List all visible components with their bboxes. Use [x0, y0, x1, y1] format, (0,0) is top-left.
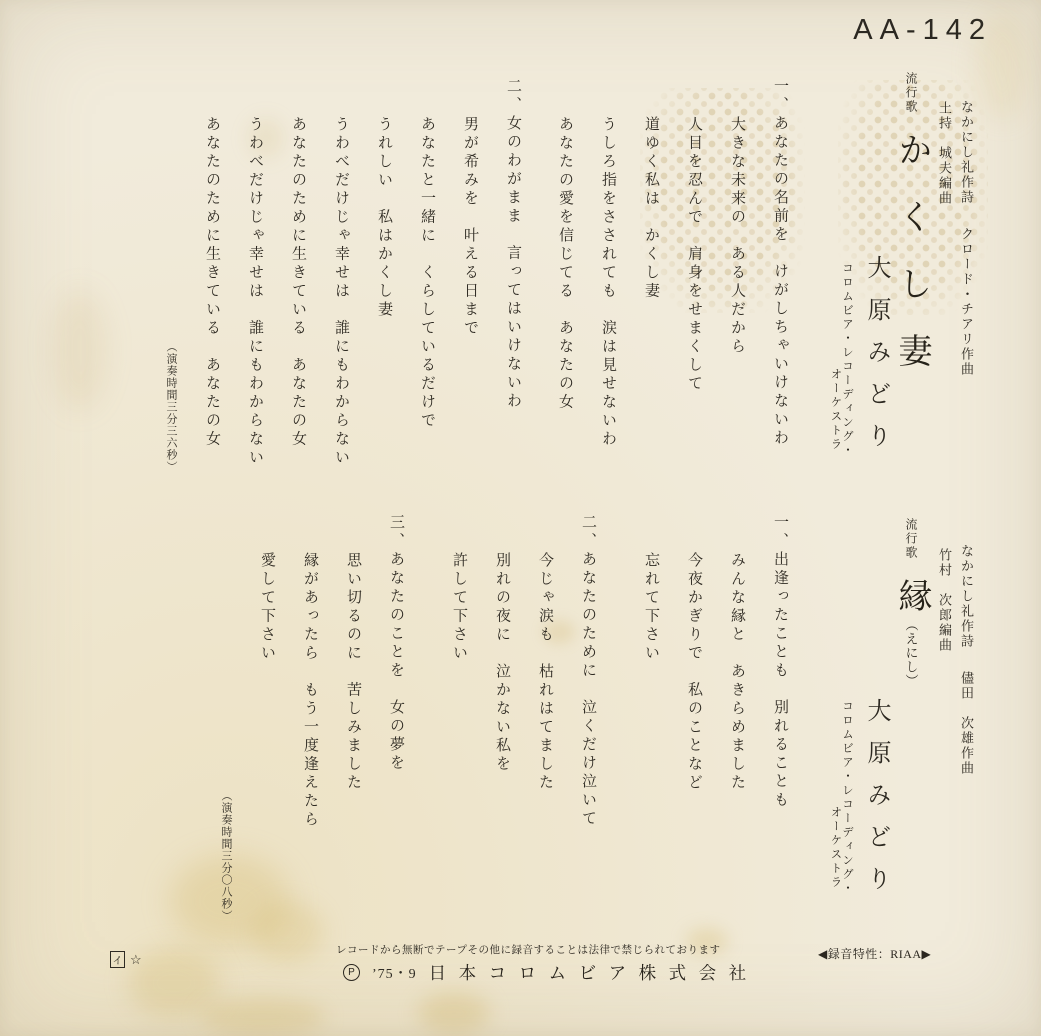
- recording-spec: ◀録音特性：RIAA▶: [818, 945, 931, 962]
- copyright-warning: レコードから無断でテープその他に録音することは法律で禁じられております: [336, 942, 720, 957]
- lyricist-credit: なかにし礼作詩: [960, 544, 973, 649]
- paper-stain: [418, 992, 490, 1034]
- arranger-credit: 土持 城夫編曲: [938, 72, 951, 504]
- matrix-letter-box: イ: [110, 951, 125, 968]
- lyrics-column: うれしい 私はかくし妻: [376, 78, 391, 504]
- duration-note: （演奏時間三分三六秒）: [165, 78, 176, 504]
- paper-stain: [200, 998, 325, 1036]
- orchestra-credit-line-1: コロムビア・レコーディング・: [841, 262, 853, 504]
- matrix-mark: イ ☆: [110, 951, 142, 968]
- paper-stain: [52, 290, 107, 410]
- lyrics-column: 人目を忍んで 肩身をせまくして: [686, 78, 701, 504]
- genre-label: 流行歌: [905, 72, 917, 114]
- lyrics-column: 大きな未来の ある人だから: [729, 78, 744, 504]
- lyrics-column: 二、女のわがまま 言ってはいけないわ: [505, 78, 520, 504]
- genre-label: 流行歌: [905, 518, 917, 560]
- lyricist-credit: なかにし礼作詩: [960, 100, 973, 205]
- lyrics-column: 道ゆく私は かくし妻: [643, 78, 658, 504]
- lyrics-column: 一、出逢ったことも 別れることも: [772, 514, 787, 938]
- lyrics-column: うわべだけじゃ幸せは 誰にもわからない: [333, 78, 348, 504]
- song-section-enishi: なかにし礼作詩 儘田 次雄作曲 竹村 次郎編曲 流行歌 縁 （えにし） 大原みど…: [192, 508, 973, 938]
- publisher-line: P ’75・9 日本コロムビア株式会社: [343, 960, 759, 985]
- lyrics-column: うしろ指をさされても 涙は見せないわ: [600, 78, 615, 504]
- orchestra-credit: コロムビア・レコーディング・ オーケストラ: [829, 72, 852, 504]
- lyrics-column: 今じゃ涙も 枯れはてました: [537, 514, 552, 938]
- star-mark: ☆: [130, 952, 142, 968]
- lyrics-column: あなたのために生きている あなたの女: [290, 78, 305, 504]
- lyrics-column: 別れの夜に 泣かない私を: [494, 514, 509, 938]
- lyrics-column: 思い切るのに 苦しみました: [345, 514, 360, 938]
- catalog-number: AA-142: [853, 14, 992, 47]
- paper-stain: [128, 948, 220, 1018]
- lyrics-column: あなたのために生きている あなたの女: [204, 78, 219, 504]
- credits-block: なかにし礼作詩 儘田 次雄作曲 竹村 次郎編曲 流行歌 縁 （えにし） 大原みど…: [829, 508, 973, 938]
- lyrics-column: 今夜かぎりで 私のことなど: [686, 514, 701, 938]
- release-date: ’75・9: [372, 963, 417, 983]
- title-column: 流行歌 かくし妻: [894, 72, 928, 504]
- lyrics-block: 一、出逢ったことも 別れることも みんな縁と あきらめました 今夜かぎりで 私の…: [220, 508, 787, 938]
- verse-2: 二、女のわがまま 言ってはいけないわ 男が希みを 叶える日まで あなたと一緒に …: [204, 78, 520, 504]
- lyrics-column: うわべだけじゃ幸せは 誰にもわからない: [247, 78, 262, 504]
- record-sleeve-back: AA-142 なかにし礼作詩 クロード・チアリ作曲 土持 城夫編曲 流行歌 かく…: [0, 0, 1041, 1036]
- artist-name: 大原みどり: [864, 508, 888, 938]
- song-title: かくし妻: [894, 132, 928, 400]
- lyricist-composer-column: なかにし礼作詩 クロード・チアリ作曲: [960, 72, 973, 504]
- title-reading: （えにし）: [905, 618, 918, 688]
- composer-credit: クロード・チアリ作曲: [960, 227, 973, 377]
- verse-3: 三、あなたのことを 女の夢を 思い切るのに 苦しみました 縁があったら もう一度…: [259, 514, 403, 938]
- lyrics-column: あなたと一緒に くらしているだけで: [419, 78, 434, 504]
- title-column: 流行歌 縁 （えにし）: [894, 508, 928, 938]
- lyrics-column: 忘れて下さい: [643, 514, 658, 938]
- verse-2: 二、あなたのために 泣くだけ泣いて 今じゃ涙も 枯れはてました 別れの夜に 泣か…: [451, 514, 595, 938]
- lyrics-column: 愛して下さい: [259, 514, 274, 938]
- verse-1: 一、あなたの名前を けがしちゃいけないわ 大きな未来の ある人だから 人目を忍ん…: [557, 78, 787, 504]
- lyrics-column: 縁があったら もう一度逢えたら: [302, 514, 317, 938]
- lyrics-column: 二、あなたのために 泣くだけ泣いて: [580, 514, 595, 938]
- lyrics-column: みんな縁と あきらめました: [729, 514, 744, 938]
- company-name: 日本コロムビア株式会社: [429, 960, 759, 985]
- lyrics-column: 三、あなたのことを 女の夢を: [388, 514, 403, 938]
- lyrics-column: あなたの愛を信じてる あなたの女: [557, 78, 572, 504]
- orchestra-credit: コロムビア・レコーディング・ オーケストラ: [829, 508, 852, 938]
- artist-name: 大原みどり: [864, 72, 888, 504]
- orchestra-credit-line-1: コロムビア・レコーディング・: [841, 700, 853, 938]
- lyricist-composer-column: なかにし礼作詩 儘田 次雄作曲: [960, 508, 973, 938]
- lyrics-column: 許して下さい: [451, 514, 466, 938]
- duration-note: （演奏時間三分〇八秒）: [220, 514, 231, 938]
- song-title: 縁: [894, 578, 928, 612]
- lyrics-block: 一、あなたの名前を けがしちゃいけないわ 大きな未来の ある人だから 人目を忍ん…: [165, 72, 787, 504]
- orchestra-credit-line-2: オーケストラ: [829, 700, 841, 938]
- p-in-circle-icon: P: [343, 964, 360, 981]
- verse-1: 一、出逢ったことも 別れることも みんな縁と あきらめました 今夜かぎりで 私の…: [643, 514, 787, 938]
- credits-block: なかにし礼作詩 クロード・チアリ作曲 土持 城夫編曲 流行歌 かくし妻 大原みど…: [829, 72, 973, 504]
- lyrics-column: 一、あなたの名前を けがしちゃいけないわ: [772, 78, 787, 504]
- composer-credit: 儘田 次雄作曲: [960, 671, 973, 776]
- orchestra-credit-line-2: オーケストラ: [829, 262, 841, 504]
- arranger-credit: 竹村 次郎編曲: [938, 508, 951, 938]
- lyrics-column: 男が希みを 叶える日まで: [462, 78, 477, 504]
- song-section-kakushizuma: なかにし礼作詩 クロード・チアリ作曲 土持 城夫編曲 流行歌 かくし妻 大原みど…: [137, 72, 973, 504]
